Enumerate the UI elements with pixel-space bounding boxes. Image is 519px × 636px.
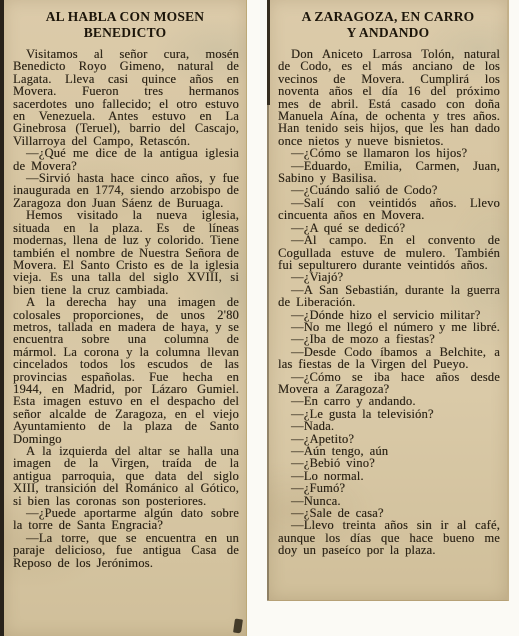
- article-paragraph: —Nada.: [278, 420, 500, 432]
- article-paragraph: —¿Viajó?: [278, 271, 500, 283]
- right-article-body: Don Aniceto Larrosa Tolón, natural de Co…: [269, 48, 507, 557]
- article-paragraph: A la izquierda del altar se halla una im…: [13, 445, 239, 507]
- right-clipping-torn-edge: [267, 0, 270, 105]
- article-paragraph: —En carro y andando.: [278, 395, 500, 407]
- article-paragraph: —Eduardo, Emilia, Carmen, Juan, Sabino y…: [278, 160, 500, 185]
- article-paragraph: —¿Cómo se iba hace años desde Movera a Z…: [278, 371, 500, 396]
- right-headline-line-2: Y ANDANDO: [273, 25, 503, 41]
- left-article-headline: AL HABLA CON MOSEN BENEDICTO: [8, 9, 242, 41]
- article-paragraph: —¿Bebió vino?: [278, 457, 500, 469]
- article-paragraph: —Salí con veintidós años. Llevo cincuent…: [278, 197, 500, 222]
- article-paragraph: —Llevo treinta años sin ir al café, aunq…: [278, 519, 500, 556]
- article-paragraph: A la derecha hay una imagen de colosales…: [13, 296, 239, 445]
- article-paragraph: —¿Fumó?: [278, 482, 500, 494]
- article-paragraph: —Al campo. En el convento de Cogullada e…: [278, 234, 500, 271]
- right-headline-line-1: A ZARAGOZA, EN CARRO: [273, 9, 503, 25]
- left-headline-line-1: AL HABLA CON MOSEN: [8, 9, 242, 25]
- article-paragraph: —Sirvió hasta hace cinco años, y fue ina…: [13, 172, 239, 209]
- article-paragraph: —La torre, que se encuentra en un paraje…: [13, 532, 239, 569]
- article-paragraph: Hemos visitado la nueva iglesia, situada…: [13, 209, 239, 296]
- newspaper-scan-page: { "colors": { "page_background": "#fbfaf…: [0, 0, 519, 636]
- article-paragraph: —¿Puede aportarme algún dato sobre la to…: [13, 507, 239, 532]
- article-paragraph: —¿Qué me dice de la antigua iglesia de M…: [13, 147, 239, 172]
- article-paragraph: —A San Sebastián, durante la guerra de L…: [278, 284, 500, 309]
- article-paragraph: —Desde Codo íbamos a Belchite, a las fie…: [278, 346, 500, 371]
- article-paragraph: Don Aniceto Larrosa Tolón, natural de Co…: [278, 48, 500, 147]
- left-article-body: Visitamos al señor cura, mosén Benedicto…: [4, 48, 246, 569]
- article-paragraph: —¿Cuándo salió de Codo?: [278, 184, 500, 196]
- article-paragraph: —¿Cómo se llamaron los hijos?: [278, 147, 500, 159]
- article-paragraph: —¿Iba de mozo a fiestas?: [278, 333, 500, 345]
- right-article-headline: A ZARAGOZA, EN CARRO Y ANDANDO: [273, 9, 503, 41]
- left-newspaper-clipping: AL HABLA CON MOSEN BENEDICTO Visitamos a…: [0, 0, 247, 636]
- left-headline-line-2: BENEDICTO: [8, 25, 242, 41]
- ink-mark: [233, 619, 243, 634]
- article-paragraph: Visitamos al señor cura, mosén Benedicto…: [13, 48, 239, 147]
- right-newspaper-clipping: A ZARAGOZA, EN CARRO Y ANDANDO Don Anice…: [267, 0, 509, 601]
